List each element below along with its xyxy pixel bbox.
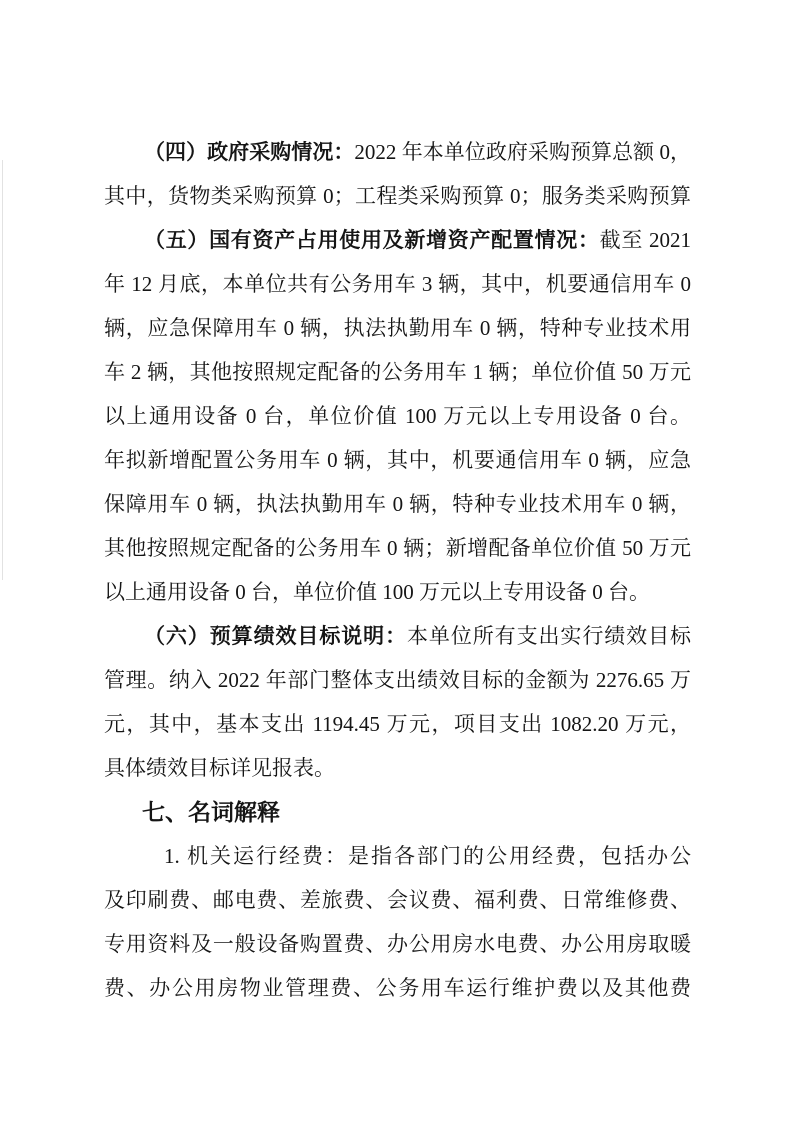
line-text: 以上通用设备 0 台，单位价值 100 万元以上专用设备 0 台。 xyxy=(104,580,650,604)
text-line: 其他按照规定配备的公务用车 0 辆；新增配备单位价值 50 万元 xyxy=(104,526,691,570)
text-line: 以上通用设备 0 台，单位价值 100 万元以上专用设备 0 台。2022 xyxy=(104,394,691,438)
text-line: 费、办公用房物业管理费、公务用车运行维护费以及其他费用。 xyxy=(104,966,691,1010)
text-line: 保障用车 0 辆，执法执勤用车 0 辆，特种专业技术用车 0 辆， xyxy=(104,482,691,526)
line-text: 管理。纳入 2022 年部门整体支出绩效目标的金额为 2276.65 万 xyxy=(104,668,691,692)
bold-lead: （五）国有资产占用使用及新增资产配置情况： xyxy=(144,228,600,252)
line-text: 截至 2021 xyxy=(600,228,691,252)
text-line: 以上通用设备 0 台，单位价值 100 万元以上专用设备 0 台。 xyxy=(104,570,691,614)
para-government-procurement: （四）政府采购情况：2022 年本单位政府采购预算总额 0， 其中，货物类采购预… xyxy=(104,130,691,218)
line-text: 具体绩效目标详见报表。 xyxy=(104,756,335,780)
text-line: 及印刷费、邮电费、差旅费、会议费、福利费、日常维修费、 xyxy=(104,878,691,922)
text-line: （四）政府采购情况：2022 年本单位政府采购预算总额 0， xyxy=(104,130,691,174)
line-text: 及印刷费、邮电费、差旅费、会议费、福利费、日常维修费、 xyxy=(104,888,691,912)
text-line: 辆，应急保障用车 0 辆，执法执勤用车 0 辆，特种专业技术用 xyxy=(104,306,691,350)
line-text: 2022 年本单位政府采购预算总额 0， xyxy=(354,140,691,164)
scan-edge-artifact xyxy=(2,160,3,580)
line-text: 保障用车 0 辆，执法执勤用车 0 辆，特种专业技术用车 0 辆， xyxy=(104,492,691,516)
line-text: 本单位所有支出实行绩效目标 xyxy=(407,624,691,648)
para-performance-targets: （六）预算绩效目标说明：本单位所有支出实行绩效目标 管理。纳入 2022 年部门… xyxy=(104,614,691,790)
document-page: （四）政府采购情况：2022 年本单位政府采购预算总额 0， 其中，货物类采购预… xyxy=(0,0,793,1122)
text-line: 具体绩效目标详见报表。 xyxy=(104,746,691,790)
line-text: 辆，应急保障用车 0 辆，执法执勤用车 0 辆，特种专业技术用 xyxy=(104,316,691,340)
line-text: 元，其中，基本支出 1194.45 万元，项目支出 1082.20 万元， xyxy=(104,712,691,736)
line-text: 年 12 月底，本单位共有公务用车 3 辆，其中，机要通信用车 0 xyxy=(104,272,691,296)
section-heading: 七、名词解释 xyxy=(104,790,691,834)
text-line: 年拟新增配置公务用车 0 辆，其中，机要通信用车 0 辆，应急 xyxy=(104,438,691,482)
text-line: 元，其中，基本支出 1194.45 万元，项目支出 1082.20 万元， xyxy=(104,702,691,746)
text-line: 专用资料及一般设备购置费、办公用房水电费、办公用房取暖 xyxy=(104,922,691,966)
text-line: 车 2 辆，其他按照规定配备的公务用车 1 辆；单位价值 50 万元 xyxy=(104,350,691,394)
line-text: 1. 机关运行经费：是指各部门的公用经费，包括办公 xyxy=(164,844,691,868)
document-content: （四）政府采购情况：2022 年本单位政府采购预算总额 0， 其中，货物类采购预… xyxy=(104,130,691,1010)
text-line: 其中，货物类采购预算 0；工程类采购预算 0；服务类采购预算 0。 xyxy=(104,174,691,218)
para-state-assets: （五）国有资产占用使用及新增资产配置情况：截至 2021 年 12 月底，本单位… xyxy=(104,218,691,614)
line-text: 年拟新增配置公务用车 0 辆，其中，机要通信用车 0 辆，应急 xyxy=(104,448,691,472)
bold-lead: （四）政府采购情况： xyxy=(144,140,354,164)
text-line: 1. 机关运行经费：是指各部门的公用经费，包括办公 xyxy=(104,834,691,878)
text-line: （五）国有资产占用使用及新增资产配置情况：截至 2021 xyxy=(104,218,691,262)
text-line: （六）预算绩效目标说明：本单位所有支出实行绩效目标 xyxy=(104,614,691,658)
para-agency-operating-expenses: 1. 机关运行经费：是指各部门的公用经费，包括办公 及印刷费、邮电费、差旅费、会… xyxy=(104,834,691,1010)
text-line: 管理。纳入 2022 年部门整体支出绩效目标的金额为 2276.65 万 xyxy=(104,658,691,702)
line-text: 以上通用设备 0 台，单位价值 100 万元以上专用设备 0 台。2022 xyxy=(104,404,691,438)
text-line: 年 12 月底，本单位共有公务用车 3 辆，其中，机要通信用车 0 xyxy=(104,262,691,306)
line-text: 车 2 辆，其他按照规定配备的公务用车 1 辆；单位价值 50 万元 xyxy=(104,360,691,384)
bold-lead: （六）预算绩效目标说明： xyxy=(144,624,407,648)
line-text: 费、办公用房物业管理费、公务用车运行维护费以及其他费用。 xyxy=(104,976,691,1010)
line-text: 其中，货物类采购预算 0；工程类采购预算 0；服务类采购预算 0。 xyxy=(104,184,691,218)
heading-glossary: 七、名词解释 xyxy=(104,790,691,834)
line-text: 专用资料及一般设备购置费、办公用房水电费、办公用房取暖 xyxy=(104,932,691,956)
line-text: 其他按照规定配备的公务用车 0 辆；新增配备单位价值 50 万元 xyxy=(104,536,691,560)
